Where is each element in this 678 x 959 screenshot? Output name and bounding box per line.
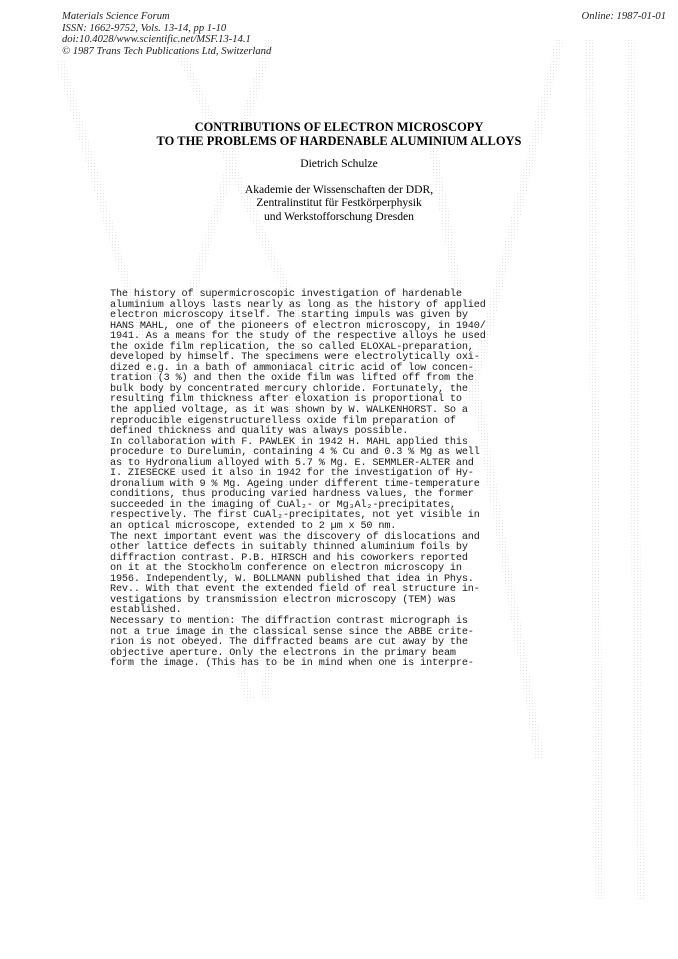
title-line-1: CONTRIBUTIONS OF ELECTRON MICROSCOPY (0, 121, 678, 135)
affiliation-line-3: und Werkstofforschung Dresden (0, 210, 678, 223)
body-line: the applied voltage, as it was shown by … (110, 406, 486, 417)
issn-volume-line: ISSN: 1662-9752, Vols. 13-14, pp 1-10 (62, 23, 271, 35)
publication-metadata: Materials Science Forum ISSN: 1662-9752,… (62, 11, 271, 57)
title-line-2: TO THE PROBLEMS OF HARDENABLE ALUMINIUM … (0, 135, 678, 149)
affiliation-line-2: Zentralinstitut für Festkörperphysik (0, 196, 678, 209)
body-line: Necessary to mention: The diffraction co… (110, 617, 486, 628)
online-date: Online: 1987-01-01 (582, 11, 666, 23)
body-line: The history of supermicroscopic investig… (110, 290, 486, 301)
author-affiliation: Akademie der Wissenschaften der DDR, Zen… (0, 183, 678, 223)
paper-title: CONTRIBUTIONS OF ELECTRON MICROSCOPY TO … (0, 121, 678, 148)
affiliation-line-1: Akademie der Wissenschaften der DDR, (0, 183, 678, 196)
copyright-line: © 1987 Trans Tech Publications Ltd, Swit… (62, 46, 271, 58)
author-name: Dietrich Schulze (0, 157, 678, 170)
journal-name: Materials Science Forum (62, 11, 271, 23)
body-text: The history of supermicroscopic investig… (110, 290, 486, 670)
body-line: form the image. (This has to be in mind … (110, 659, 486, 670)
body-line: an optical microscope, extended to 2 µm … (110, 522, 486, 533)
body-line: rion is not obeyed. The diffracted beams… (110, 638, 486, 649)
doi-line[interactable]: doi:10.4028/www.scientific.net/MSF.13-14… (62, 34, 271, 46)
